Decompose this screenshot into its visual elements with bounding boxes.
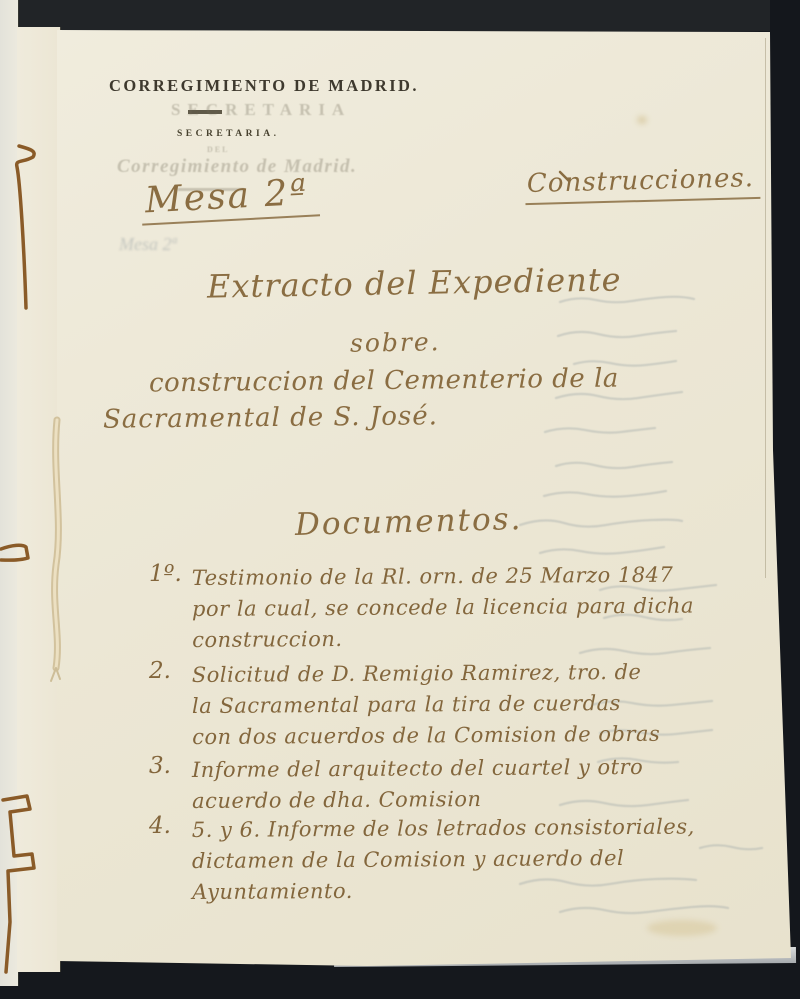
item-line: construccion. — [192, 621, 772, 656]
page-edge-strip-inner — [17, 27, 60, 972]
item-line: con dos acuerdos de la Comision de obras — [192, 718, 772, 753]
title-line-2: sobre. — [350, 327, 441, 358]
letterhead-title: CORREGIMIENTO DE MADRID. — [109, 76, 419, 96]
item-number: 4. — [149, 813, 171, 839]
letterhead-department: SECRETARIA. — [177, 129, 279, 139]
title-line-4: Sacramental de S. José. — [103, 401, 438, 435]
title-line-1: Extracto del Expediente — [207, 260, 622, 305]
bleedthrough-secretaria: SECRETARIA — [171, 100, 351, 120]
desk-heading: Mesa 2ª — [140, 171, 320, 225]
bleedthrough-mesa: Mesa 2ª — [119, 234, 176, 255]
item-number: 3. — [149, 753, 171, 779]
item-line: dictamen de la Comision y acuerdo del — [192, 842, 772, 877]
paper-stain — [647, 920, 717, 936]
bleedthrough-del: DEL — [207, 145, 229, 154]
documents-heading: Documentos. — [295, 501, 523, 543]
page-edge-strip-outer — [0, 0, 18, 986]
item-line: Informe del arquitecto del cuartel y otr… — [192, 751, 772, 786]
title-line-3: construccion del Cementerio de la — [149, 364, 619, 399]
item-number: 2. — [149, 658, 171, 684]
section-heading: Construcciones. — [525, 163, 761, 205]
scanner-background-top — [0, 0, 800, 31]
item-line: Solicitud de D. Remigio Ramirez, tro. de — [192, 656, 772, 691]
manuscript-page: CORREGIMIENTO DE MADRID. SECRETARIA. SEC… — [57, 30, 793, 968]
item-line: la Sacramental para la tira de cuerdas — [192, 687, 772, 722]
item-number: 1º. — [149, 561, 182, 587]
item-line: Testimonio de la Rl. orn. de 25 Marzo 18… — [192, 559, 772, 594]
item-line: por la cual, se concede la licencia para… — [192, 590, 772, 625]
paper-stain — [637, 116, 647, 124]
paper-crease-line — [765, 38, 766, 578]
item-line: 5. y 6. Informe de los letrados consisto… — [192, 811, 772, 846]
item-line: Ayuntamiento. — [192, 873, 772, 908]
archival-scan: { "letterhead": { "title": "CORREGIMIENT… — [0, 0, 800, 999]
